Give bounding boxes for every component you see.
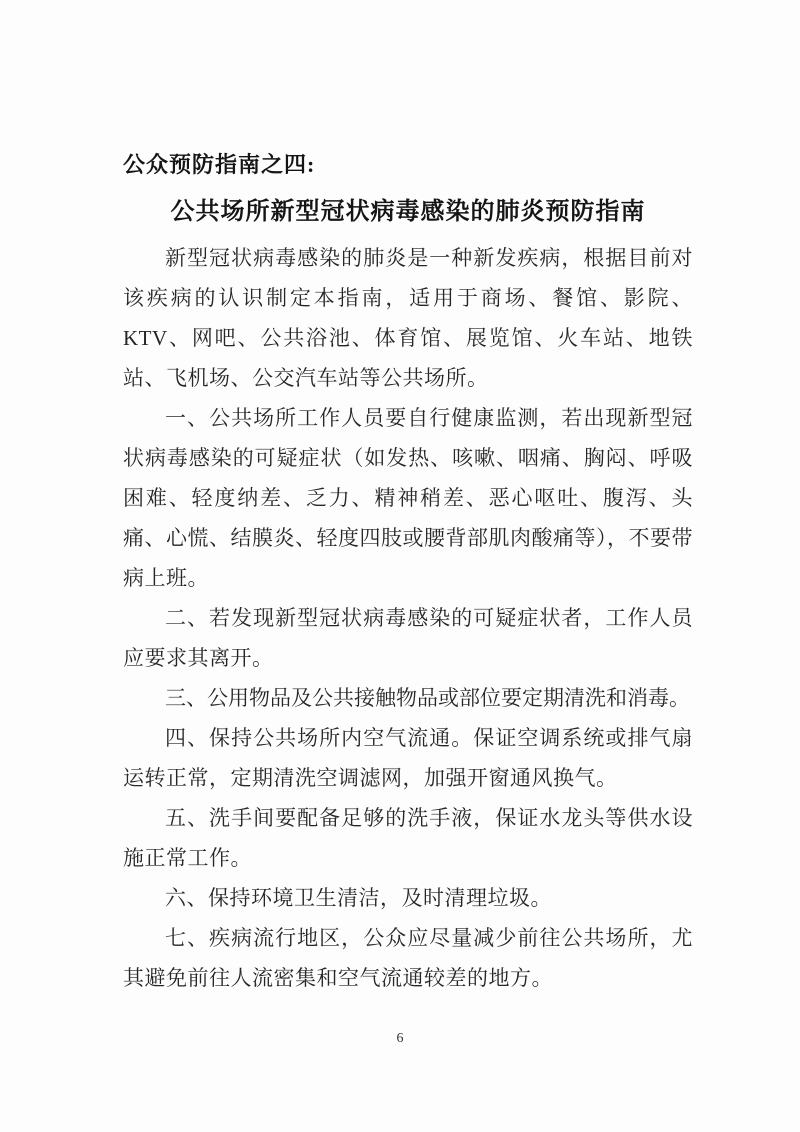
- paragraph: 二、若发现新型冠状病毒感染的可疑症状者，工作人员应要求其离开。: [123, 598, 693, 678]
- paragraph: 三、公用物品及公共接触物品或部位要定期清洗和消毒。: [123, 678, 693, 718]
- document-title: 公共场所新型冠状病毒感染的肺炎预防指南: [123, 191, 693, 233]
- paragraph: 七、疾病流行地区，公众应尽量减少前往公共场所，尤其避免前往人流密集和空气流通较差…: [123, 918, 693, 998]
- page-content: 公众预防指南之四: 公共场所新型冠状病毒感染的肺炎预防指南 新型冠状病毒感染的肺…: [123, 145, 693, 998]
- paragraph: 六、保持环境卫生清洁，及时清理垃圾。: [123, 878, 693, 918]
- document-body: 新型冠状病毒感染的肺炎是一种新发疾病，根据目前对该疾病的认识制定本指南，适用于商…: [123, 238, 693, 998]
- paragraph: 一、公共场所工作人员要自行健康监测，若出现新型冠状病毒感染的可疑症状（如发热、咳…: [123, 398, 693, 598]
- paragraph: 新型冠状病毒感染的肺炎是一种新发疾病，根据目前对该疾病的认识制定本指南，适用于商…: [123, 238, 693, 398]
- page-number: 6: [0, 1031, 800, 1047]
- guide-label: 公众预防指南之四:: [123, 145, 693, 185]
- paragraph: 五、洗手间要配备足够的洗手液，保证水龙头等供水设施正常工作。: [123, 798, 693, 878]
- paragraph: 四、保持公共场所内空气流通。保证空调系统或排气扇运转正常，定期清洗空调滤网，加强…: [123, 718, 693, 798]
- document-page: 公众预防指南之四: 公共场所新型冠状病毒感染的肺炎预防指南 新型冠状病毒感染的肺…: [0, 0, 800, 1132]
